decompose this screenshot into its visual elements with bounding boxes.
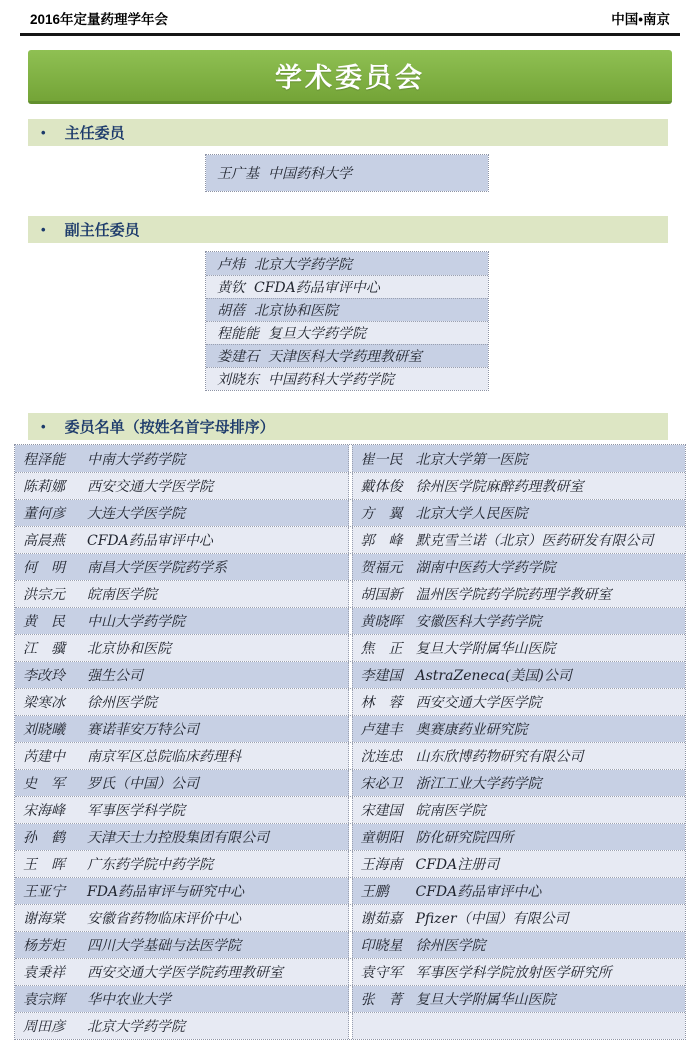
member-org: 皖南医学院 [87, 584, 157, 604]
member-name: 谢海棠 [23, 908, 87, 928]
committee-cell-left: 芮建中南京军区总院临床药理科 [15, 743, 349, 769]
member-org: 复旦大学药学院 [268, 323, 366, 343]
member-org: 北京协和医院 [87, 638, 171, 658]
section-heading-committee: • 委员名单（按姓名首字母排序） [28, 413, 668, 440]
member-name: 戴体俊 [361, 476, 416, 496]
committee-cell-left: 李改玲强生公司 [15, 662, 349, 688]
member-org: 徐州医学院麻醉药理教研室 [416, 476, 584, 496]
section-heading-vice-label: 副主任委员 [65, 219, 140, 240]
member-name: 林 蓉 [361, 692, 416, 712]
member-name: 程泽能 [23, 449, 87, 469]
committee-cell-right: 贺福元湖南中医药大学药学院 [352, 554, 686, 580]
member-name: 王海南 [361, 854, 416, 874]
member-row: 胡蓓北京协和医院 [206, 298, 488, 321]
member-row: 黄钦CFDA药品审评中心 [206, 275, 488, 298]
member-org: 中国药科大学 [268, 163, 352, 183]
committee-row: 董何彦大连大学医学院方 翼北京大学人民医院 [15, 499, 685, 526]
committee-cell-right: 焦 正复旦大学附属华山医院 [352, 635, 686, 661]
vice-chair-members-box: 卢炜北京大学药学院黄钦CFDA药品审评中心胡蓓北京协和医院程能能复旦大学药学院娄… [205, 251, 489, 391]
member-name: 黄钦 [217, 277, 245, 297]
member-name: 袁守军 [361, 962, 416, 982]
member-org: 广东药学院中药学院 [87, 854, 213, 874]
member-name: 袁宗辉 [23, 989, 87, 1009]
committee-cell-left: 何 明南昌大学医学院药学系 [15, 554, 349, 580]
member-org: 北京大学药学院 [254, 254, 352, 274]
committee-row: 黄 民中山大学药学院黄晓晖安徽医科大学药学院 [15, 607, 685, 634]
member-name: 李改玲 [23, 665, 87, 685]
member-org: CFDA注册司 [416, 854, 500, 874]
committee-cell-right: 沈连忠山东欣博药物研究有限公司 [352, 743, 686, 769]
member-name: 芮建中 [23, 746, 87, 766]
committee-cell-left: 高晨燕CFDA药品审评中心 [15, 527, 349, 553]
member-name: 洪宗元 [23, 584, 87, 604]
committee-cell-right: 李建国AstraZeneca(美国)公司 [352, 662, 686, 688]
committee-row: 高晨燕CFDA药品审评中心郭 峰默克雪兰诺（北京）医药研发有限公司 [15, 526, 685, 553]
member-org: 北京大学人民医院 [416, 503, 528, 523]
member-name: 胡蓓 [217, 300, 245, 320]
conference-title: 2016年定量药理学年会 [30, 8, 168, 28]
committee-cell-right [352, 1013, 686, 1039]
member-name: 娄建石 [217, 346, 259, 366]
committee-cell-left: 孙 鹤天津天士力控股集团有限公司 [15, 824, 349, 850]
committee-cell-left: 袁秉祥西安交通大学医学院药理教研室 [15, 959, 349, 985]
member-org: 北京大学药学院 [87, 1016, 185, 1036]
member-org: 大连大学医学院 [87, 503, 185, 523]
member-name: 卢炜 [217, 254, 245, 274]
member-name: 崔一民 [361, 449, 416, 469]
member-name: 高晨燕 [23, 530, 87, 550]
member-org: AstraZeneca(美国)公司 [416, 665, 572, 685]
member-name: 宋建国 [361, 800, 416, 820]
chair-members-box: 王广基中国药科大学 [205, 154, 489, 192]
member-org: 浙江工业大学药学院 [416, 773, 542, 793]
member-row: 刘晓东中国药科大学药学院 [206, 367, 488, 390]
member-org: FDA药品审评与研究中心 [87, 881, 244, 901]
committee-cell-right: 袁守军军事医学科学院放射医学研究所 [352, 959, 686, 985]
member-name: 王 晖 [23, 854, 87, 874]
committee-cell-right: 印晓星徐州医学院 [352, 932, 686, 958]
member-name: 刘晓东 [217, 369, 259, 389]
member-org: 强生公司 [87, 665, 143, 685]
member-name: 周田彦 [23, 1016, 87, 1036]
committee-cell-left: 周田彦北京大学药学院 [15, 1013, 349, 1039]
member-org: 军事医学科学院 [87, 800, 185, 820]
committee-row: 芮建中南京军区总院临床药理科沈连忠山东欣博药物研究有限公司 [15, 742, 685, 769]
page-header: 2016年定量药理学年会 中国•南京 [0, 0, 700, 28]
member-org: 安徽省药物临床评价中心 [87, 908, 241, 928]
committee-row: 李改玲强生公司李建国AstraZeneca(美国)公司 [15, 661, 685, 688]
member-name: 谢茹嘉 [361, 908, 416, 928]
committee-cell-right: 方 翼北京大学人民医院 [352, 500, 686, 526]
member-org: 复旦大学附属华山医院 [416, 989, 556, 1009]
member-org: 天津天士力控股集团有限公司 [87, 827, 269, 847]
committee-cell-left: 梁寒冰徐州医学院 [15, 689, 349, 715]
member-org: 复旦大学附属华山医院 [416, 638, 556, 658]
member-org: CFDA药品审评中心 [87, 530, 213, 550]
committee-cell-right: 林 蓉西安交通大学医学院 [352, 689, 686, 715]
committee-cell-right: 王鹏CFDA药品审评中心 [352, 878, 686, 904]
committee-cell-left: 刘晓曦赛诺菲安万特公司 [15, 716, 349, 742]
committee-row: 王 晖广东药学院中药学院王海南CFDA注册司 [15, 850, 685, 877]
member-org: 中国药科大学药学院 [268, 369, 394, 389]
member-name: 刘晓曦 [23, 719, 87, 739]
committee-row: 何 明南昌大学医学院药学系贺福元湖南中医药大学药学院 [15, 553, 685, 580]
member-name: 贺福元 [361, 557, 416, 577]
member-org: 徐州医学院 [87, 692, 157, 712]
committee-cell-right: 宋必卫浙江工业大学药学院 [352, 770, 686, 796]
member-org: 南京军区总院临床药理科 [87, 746, 241, 766]
member-name: 王亚宁 [23, 881, 87, 901]
section-heading-committee-label: 委员名单（按姓名首字母排序） [65, 416, 275, 437]
member-org: 安徽医科大学药学院 [416, 611, 542, 631]
committee-cell-right: 卢建丰奥赛康药业研究院 [352, 716, 686, 742]
page-title-banner: 学术委员会 [28, 50, 672, 104]
member-org: 北京大学第一医院 [416, 449, 528, 469]
member-name: 王广基 [217, 163, 259, 183]
member-org: Pfizer（中国）有限公司 [416, 908, 569, 928]
committee-cell-right: 王海南CFDA注册司 [352, 851, 686, 877]
member-name: 江 骥 [23, 638, 87, 658]
member-org: 西安交通大学医学院 [416, 692, 542, 712]
member-name: 陈莉娜 [23, 476, 87, 496]
member-org: 四川大学基础与法医学院 [87, 935, 241, 955]
bullet-icon: • [41, 119, 46, 146]
member-org: 中山大学药学院 [87, 611, 185, 631]
member-org: 华中农业大学 [87, 989, 171, 1009]
member-org: 西安交通大学医学院药理教研室 [87, 962, 283, 982]
member-org: 赛诺菲安万特公司 [87, 719, 199, 739]
member-row: 卢炜北京大学药学院 [206, 252, 488, 275]
committee-row: 洪宗元皖南医学院胡国新温州医学院药学院药理学教研室 [15, 580, 685, 607]
member-org: 军事医学科学院放射医学研究所 [416, 962, 612, 982]
member-name: 杨芳炬 [23, 935, 87, 955]
member-org: 天津医科大学药理教研室 [268, 346, 422, 366]
committee-cell-right: 童朝阳防化研究院四所 [352, 824, 686, 850]
conference-location: 中国•南京 [611, 8, 670, 28]
committee-members-table: 程泽能中南大学药学院崔一民北京大学第一医院陈莉娜西安交通大学医学院戴体俊徐州医学… [14, 444, 686, 1040]
member-name: 印晓星 [361, 935, 416, 955]
committee-row: 周田彦北京大学药学院 [15, 1012, 685, 1039]
committee-cell-right: 胡国新温州医学院药学院药理学教研室 [352, 581, 686, 607]
committee-row: 陈莉娜西安交通大学医学院戴体俊徐州医学院麻醉药理教研室 [15, 472, 685, 499]
member-name: 宋海峰 [23, 800, 87, 820]
member-row: 程能能复旦大学药学院 [206, 321, 488, 344]
committee-cell-left: 黄 民中山大学药学院 [15, 608, 349, 634]
member-name: 沈连忠 [361, 746, 416, 766]
member-name: 卢建丰 [361, 719, 416, 739]
committee-row: 孙 鹤天津天士力控股集团有限公司童朝阳防化研究院四所 [15, 823, 685, 850]
member-name: 董何彦 [23, 503, 87, 523]
member-org: 罗氏（中国）公司 [87, 773, 199, 793]
member-name: 张 菁 [361, 989, 416, 1009]
committee-cell-right: 戴体俊徐州医学院麻醉药理教研室 [352, 473, 686, 499]
member-name: 黄 民 [23, 611, 87, 631]
member-name: 宋必卫 [361, 773, 416, 793]
section-heading-chair: • 主任委员 [28, 119, 668, 146]
committee-cell-left: 江 骥北京协和医院 [15, 635, 349, 661]
committee-row: 袁宗辉华中农业大学张 菁复旦大学附属华山医院 [15, 985, 685, 1012]
committee-cell-left: 宋海峰军事医学科学院 [15, 797, 349, 823]
member-org: 南昌大学医学院药学系 [87, 557, 227, 577]
committee-row: 宋海峰军事医学科学院宋建国皖南医学院 [15, 796, 685, 823]
committee-cell-left: 杨芳炬四川大学基础与法医学院 [15, 932, 349, 958]
committee-row: 谢海棠安徽省药物临床评价中心谢茹嘉Pfizer（中国）有限公司 [15, 904, 685, 931]
committee-cell-right: 崔一民北京大学第一医院 [352, 445, 686, 472]
member-org: 徐州医学院 [416, 935, 486, 955]
committee-cell-right: 张 菁复旦大学附属华山医院 [352, 986, 686, 1012]
member-name: 梁寒冰 [23, 692, 87, 712]
committee-cell-right: 黄晓晖安徽医科大学药学院 [352, 608, 686, 634]
committee-cell-left: 王 晖广东药学院中药学院 [15, 851, 349, 877]
committee-row: 江 骥北京协和医院焦 正复旦大学附属华山医院 [15, 634, 685, 661]
member-org: 西安交通大学医学院 [87, 476, 213, 496]
committee-cell-right: 郭 峰默克雪兰诺（北京）医药研发有限公司 [352, 527, 686, 553]
committee-cell-left: 袁宗辉华中农业大学 [15, 986, 349, 1012]
member-org: 温州医学院药学院药理学教研室 [416, 584, 612, 604]
committee-row: 梁寒冰徐州医学院林 蓉西安交通大学医学院 [15, 688, 685, 715]
member-row: 娄建石天津医科大学药理教研室 [206, 344, 488, 367]
member-name: 王鹏 [361, 881, 416, 901]
committee-cell-right: 谢茹嘉Pfizer（中国）有限公司 [352, 905, 686, 931]
member-name: 程能能 [217, 323, 259, 343]
committee-cell-left: 陈莉娜西安交通大学医学院 [15, 473, 349, 499]
member-name: 童朝阳 [361, 827, 416, 847]
member-name: 李建国 [361, 665, 416, 685]
committee-row: 刘晓曦赛诺菲安万特公司卢建丰奥赛康药业研究院 [15, 715, 685, 742]
member-org: 默克雪兰诺（北京）医药研发有限公司 [416, 530, 654, 550]
member-org: CFDA药品审评中心 [254, 277, 380, 297]
member-org: 北京协和医院 [254, 300, 338, 320]
member-name: 方 翼 [361, 503, 416, 523]
committee-cell-right: 宋建国皖南医学院 [352, 797, 686, 823]
member-org: 中南大学药学院 [87, 449, 185, 469]
committee-cell-left: 谢海棠安徽省药物临床评价中心 [15, 905, 349, 931]
header-rule [20, 33, 680, 36]
committee-cell-left: 洪宗元皖南医学院 [15, 581, 349, 607]
member-org: CFDA药品审评中心 [416, 881, 542, 901]
member-name: 黄晓晖 [361, 611, 416, 631]
member-name: 史 军 [23, 773, 87, 793]
section-heading-chair-label: 主任委员 [65, 122, 125, 143]
committee-row: 史 军罗氏（中国）公司宋必卫浙江工业大学药学院 [15, 769, 685, 796]
section-heading-vice: • 副主任委员 [28, 216, 668, 243]
committee-row: 杨芳炬四川大学基础与法医学院印晓星徐州医学院 [15, 931, 685, 958]
committee-row: 程泽能中南大学药学院崔一民北京大学第一医院 [15, 445, 685, 472]
member-name: 郭 峰 [361, 530, 416, 550]
page-title: 学术委员会 [275, 56, 425, 95]
member-org: 湖南中医药大学药学院 [416, 557, 556, 577]
committee-row: 王亚宁FDA药品审评与研究中心王鹏CFDA药品审评中心 [15, 877, 685, 904]
member-org: 皖南医学院 [416, 800, 486, 820]
committee-row: 袁秉祥西安交通大学医学院药理教研室袁守军军事医学科学院放射医学研究所 [15, 958, 685, 985]
member-row: 王广基中国药科大学 [206, 155, 488, 191]
member-org: 防化研究院四所 [416, 827, 514, 847]
committee-cell-left: 史 军罗氏（中国）公司 [15, 770, 349, 796]
bullet-icon: • [41, 413, 46, 440]
member-name: 孙 鹤 [23, 827, 87, 847]
member-org: 山东欣博药物研究有限公司 [416, 746, 584, 766]
committee-cell-left: 王亚宁FDA药品审评与研究中心 [15, 878, 349, 904]
member-name: 胡国新 [361, 584, 416, 604]
member-org: 奥赛康药业研究院 [416, 719, 528, 739]
member-name: 何 明 [23, 557, 87, 577]
member-name: 袁秉祥 [23, 962, 87, 982]
committee-cell-left: 董何彦大连大学医学院 [15, 500, 349, 526]
member-name: 焦 正 [361, 638, 416, 658]
committee-cell-left: 程泽能中南大学药学院 [15, 445, 349, 472]
bullet-icon: • [41, 216, 46, 243]
